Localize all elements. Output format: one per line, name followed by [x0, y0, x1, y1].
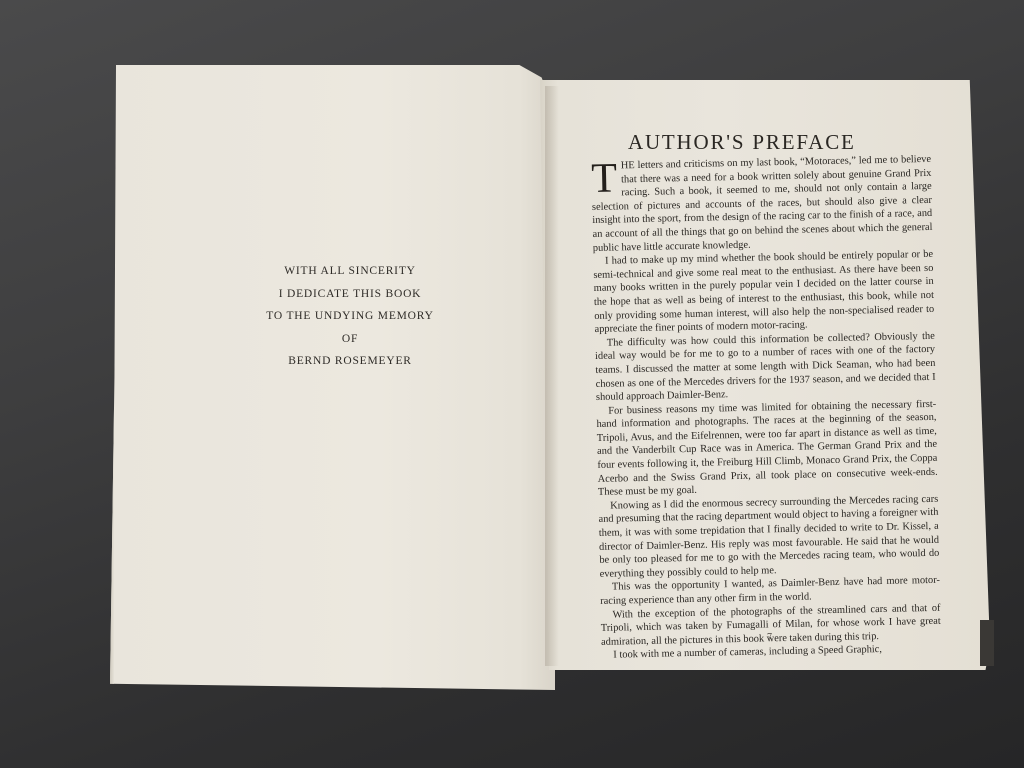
dedication-line: TO THE UNDYING MEMORY	[250, 305, 450, 328]
paragraph: The difficulty was how could this inform…	[595, 330, 936, 405]
page-title: AUTHOR'S PREFACE	[628, 130, 856, 155]
dedication: WITH ALL SINCERITY I DEDICATE THIS BOOK …	[250, 260, 450, 373]
dedication-line: BERND ROSEMEYER	[250, 350, 450, 373]
dedication-line: I DEDICATE THIS BOOK	[250, 283, 450, 306]
left-page: WITH ALL SINCERITY I DEDICATE THIS BOOK …	[110, 65, 555, 690]
dedication-line: OF	[250, 328, 450, 351]
book-spine	[545, 86, 559, 666]
paragraph: Knowing as I did the enormous secrecy su…	[598, 493, 940, 582]
drop-cap: T	[591, 161, 617, 196]
paragraph: For business reasons my time was limited…	[596, 398, 938, 500]
paragraph: THE letters and criticisms on my last bo…	[591, 153, 933, 255]
dedication-line: WITH ALL SINCERITY	[250, 260, 450, 283]
paragraph: I had to make up my mind whether the boo…	[593, 248, 935, 337]
open-book: WITH ALL SINCERITY I DEDICATE THIS BOOK …	[0, 0, 1024, 768]
preface-text: THE letters and criticisms on my last bo…	[591, 153, 941, 663]
cover-edge	[980, 620, 994, 666]
page-number: 7	[767, 632, 772, 643]
